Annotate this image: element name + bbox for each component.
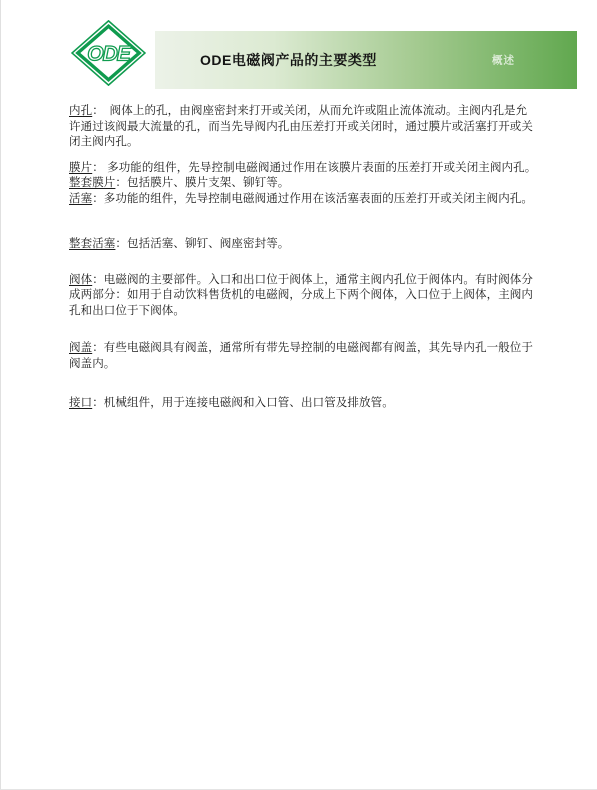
document-page: ODE ODE电磁阀产品的主要类型 概述 内孔： 阀体上的孔，由阀座密封来打开或…: [0, 0, 597, 790]
paragraph-bonnet: 阀盖：有些电磁阀具有阀盖，通常所有带先导控制的电磁阀都有阀盖，其先导内孔一般位于…: [69, 341, 537, 372]
paragraph-valve-body: 阀体：电磁阀的主要部件。入口和出口位于阀体上，通常主阀内孔位于阀体内。有时阀体分…: [69, 273, 537, 320]
paragraph-piston: 活塞：多功能的组件，先导控制电磁阀通过作用在该活塞表面的压差打开或关闭主阀内孔。: [69, 192, 537, 208]
paragraph-piston-assembly-text: ：包括活塞、铆钉、阀座密封等。: [115, 238, 289, 250]
logo-text: ODE: [87, 43, 132, 66]
term-diaphragm-assembly: 整套膜片: [69, 177, 115, 189]
paragraph-valve-body-text: ：电磁阀的主要部件。入口和出口位于阀体上，通常主阀内孔位于阀体内。有时阀体分成两…: [69, 274, 533, 317]
paragraph-diaphragm-text: ： 多功能的组件，先导控制电磁阀通过作用在该膜片表面的压差打开或关闭主阀内孔。: [92, 162, 536, 174]
term-bonnet: 阀盖: [69, 342, 92, 354]
term-valve-body: 阀体: [69, 274, 92, 286]
paragraph-diaphragm-assembly: 整套膜片：包括膜片、膜片支架、铆钉等。: [69, 176, 537, 192]
term-piston-assembly: 整套活塞: [69, 238, 115, 250]
term-diaphragm: 膜片: [69, 162, 92, 174]
paragraph-connection: 接口：机械组件，用于连接电磁阀和入口管、出口管及排放管。: [69, 396, 537, 412]
term-connection: 接口: [69, 397, 92, 409]
page-title: ODE电磁阀产品的主要类型: [200, 50, 377, 70]
header-bar: ODE电磁阀产品的主要类型 概述: [155, 31, 577, 89]
paragraph-diaphragm-assembly-text: ：包括膜片、膜片支架、铆钉等。: [115, 177, 289, 189]
section-tab-overview: 概述: [492, 53, 515, 68]
paragraph-orifice-text: ： 阀体上的孔，由阀座密封来打开或关闭，从而允许或阻止流体流动。主阀内孔是允许通…: [69, 105, 533, 148]
term-piston: 活塞: [69, 193, 92, 205]
term-orifice: 内孔: [69, 105, 92, 117]
paragraph-piston-assembly: 整套活塞：包括活塞、铆钉、阀座密封等。: [69, 237, 537, 253]
paragraph-piston-text: ：多功能的组件，先导控制电磁阀通过作用在该活塞表面的压差打开或关闭主阀内孔。: [92, 193, 533, 205]
glossary-content: 内孔： 阀体上的孔，由阀座密封来打开或关闭，从而允许或阻止流体流动。主阀内孔是允…: [69, 104, 537, 412]
paragraph-connection-text: ：机械组件，用于连接电磁阀和入口管、出口管及排放管。: [92, 397, 394, 409]
ode-logo-icon: ODE: [71, 20, 146, 86]
paragraph-orifice: 内孔： 阀体上的孔，由阀座密封来打开或关闭，从而允许或阻止流体流动。主阀内孔是允…: [69, 104, 537, 151]
paragraph-diaphragm: 膜片： 多功能的组件，先导控制电磁阀通过作用在该膜片表面的压差打开或关闭主阀内孔…: [69, 161, 537, 177]
paragraph-bonnet-text: ：有些电磁阀具有阀盖，通常所有带先导控制的电磁阀都有阀盖，其先导内孔一般位于阀盖…: [69, 342, 533, 370]
